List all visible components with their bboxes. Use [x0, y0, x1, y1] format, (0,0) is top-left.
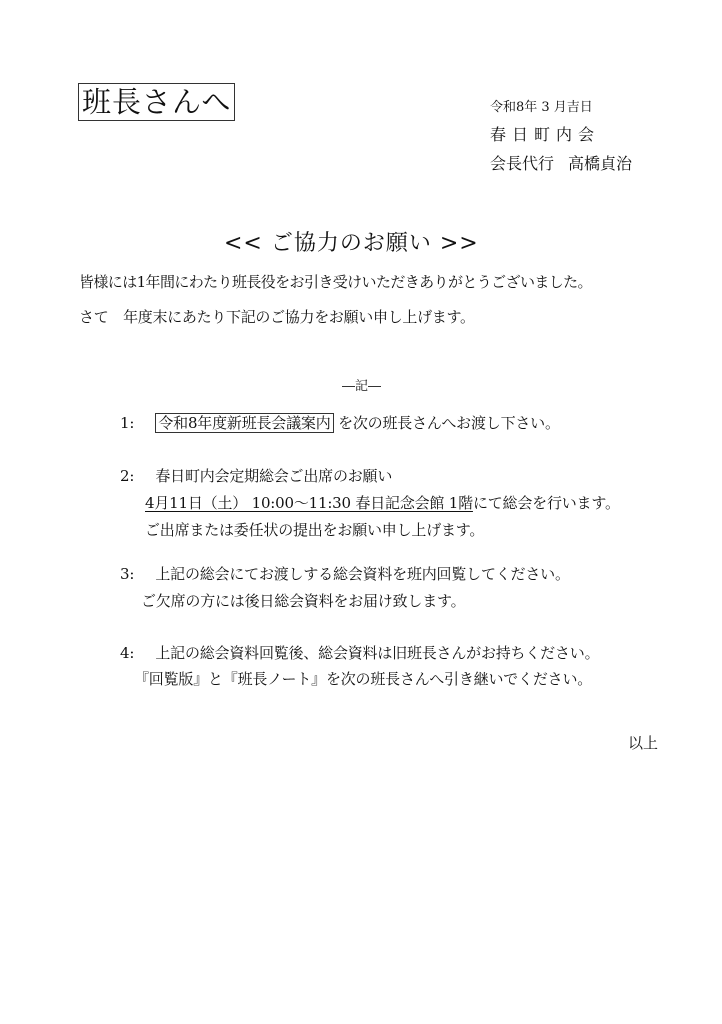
item-text: にて総会を行います。 — [473, 494, 620, 512]
document-title: << ご協力のお願い >> — [224, 226, 479, 257]
organization-name: 春日町内会 — [490, 122, 600, 145]
list-item-3-note: ご欠席の方には後日総会資料をお届け致します。 — [141, 590, 465, 611]
list-item-3: 3: 上記の総会にてお渡しする総会資料を班内回覧してください。 — [120, 563, 570, 584]
item-number: 2: — [120, 467, 134, 485]
closing-mark: 以上 — [628, 732, 658, 753]
list-item-2: 2: 春日町内会定期総会ご出席のお願い — [120, 465, 392, 486]
item-text: 上記の総会にてお渡しする総会資料を班内回覧してください。 — [155, 565, 569, 583]
list-item-1: 1: 令和8年度新班長会議案内 を次の班長さんへお渡し下さい。 — [120, 412, 560, 433]
item-text: 上記の総会資料回覧後、総会資料は旧班長さんがお持ちください。 — [155, 644, 599, 662]
item-text: を次の班長さんへお渡し下さい。 — [334, 414, 560, 432]
boxed-document-name: 令和8年度新班長会議案内 — [155, 413, 333, 433]
ki-separator: ―記― — [342, 375, 381, 394]
item-number: 4: — [120, 644, 134, 662]
meeting-datetime-venue: 4月11日（土） 10:00～11:30 春日記念会館 1階 — [145, 494, 473, 512]
list-item-4: 4: 上記の総会資料回覧後、総会資料は旧班長さんがお持ちください。 — [120, 642, 599, 663]
recipient-heading: 班長さんへ — [78, 83, 235, 121]
intro-paragraph-2: さて 年度末にあたり下記のご協力をお願い申し上げます。 — [79, 306, 475, 327]
issue-date: 令和8年 3 月吉日 — [490, 96, 593, 115]
list-item-2-note: ご出席または委任状の提出をお願い申し上げます。 — [145, 519, 484, 540]
list-item-2-schedule: 4月11日（土） 10:00～11:30 春日記念会館 1階にて総会を行います。 — [145, 492, 620, 513]
item-number: 3: — [120, 565, 134, 583]
intro-paragraph-1: 皆様には1年間にわたり班長役をお引き受けいただきありがとうございました。 — [79, 271, 592, 292]
sender-name: 高橋貞治 — [568, 154, 632, 173]
sender-title: 会長代行 — [490, 154, 554, 173]
item-text: 春日町内会定期総会ご出席のお願い — [155, 467, 392, 485]
sender-line: 会長代行高橋貞治 — [490, 151, 632, 174]
item-number: 1: — [120, 414, 134, 432]
list-item-4-note: 『回覧版』と『班長ノート』を次の班長さんへ引き継いでください。 — [134, 668, 592, 689]
